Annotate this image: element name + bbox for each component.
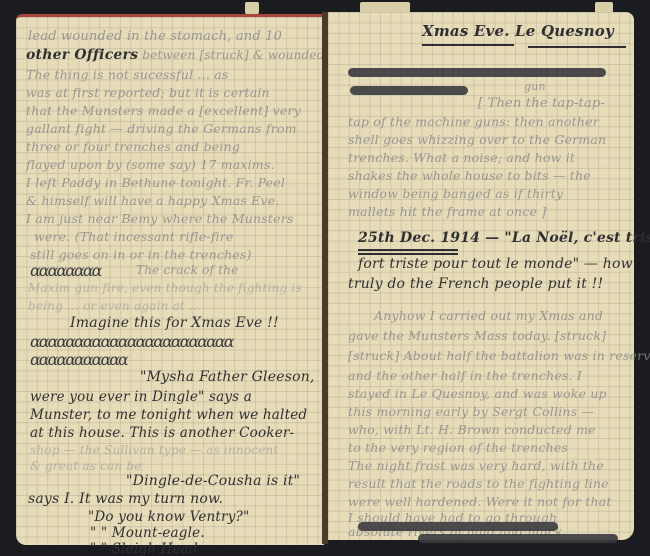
text-line: "Dingle-de-Cousha is it" (126, 473, 300, 489)
text-line: The night frost was very hard, with the (348, 458, 604, 473)
right-page: Xmas Eve. Le Quesnoy gun [ Then the tap-… (328, 12, 634, 540)
text-line: gallant fight — driving the Germans from (26, 121, 297, 136)
left-page: lead wounded in the stomach, and 10 othe… (16, 14, 324, 545)
ribbon-tab (245, 2, 259, 14)
text-line: gave the Munsters Mass today. [struck] (348, 328, 606, 343)
text-line: at this house. This is another Cooker- (30, 425, 294, 441)
struck-out-line (348, 68, 606, 77)
text-line: this morning early by Sergt Collins — (348, 404, 594, 419)
text-line: were you ever in Dingle" says a (30, 389, 252, 405)
scribbled-out-line: ɑɑɑɑɑɑɑɑɑɑɑɑɑɑɑɑɑɑɑɑɑɑɑ (30, 332, 233, 351)
text-line: "Mysha Father Gleeson, (140, 369, 315, 385)
text-line: & great as can be (30, 459, 142, 473)
text-line: Maxim gun fire, even though the fighting… (28, 281, 302, 295)
text-line: [struck] About half the battalion was in… (348, 348, 650, 363)
text-line: other Officers between [struck] & wounde… (26, 47, 329, 63)
heading-underline (422, 44, 514, 46)
struck-out-line (350, 86, 468, 95)
text-line: says I. It was my turn now. (28, 491, 223, 507)
text-line: fort triste pour tout le monde" — how (358, 256, 633, 272)
text-line: Munster, to me tonight when we halted (30, 407, 307, 423)
text-line: Anyhow I carried out my Xmas and (374, 308, 603, 323)
text-line: and the other half in the trenches. I (348, 368, 582, 383)
scribbled-out-line: ɑɑɑɑɑɑɑɑɑɑɑ (30, 350, 127, 369)
text-line: being ... or even again at ... (28, 299, 201, 313)
text-line: " " Sleigh Head (90, 541, 198, 556)
text-line: to the very region of the trenches (348, 440, 568, 455)
struck-out-line (358, 522, 558, 531)
text-line: result that the roads to the fighting li… (348, 476, 609, 491)
text-line: gun (524, 80, 546, 93)
text-line: were well hardened. Were it not for that (348, 494, 612, 509)
text-line: [ Then the tap-tap- (478, 96, 605, 111)
text-line: shell goes whizzing over to the German (348, 132, 606, 147)
text-line: three or four trenches and being (26, 139, 240, 154)
scribbled-out-word: ɑɑɑɑɑɑɑɑ (30, 261, 100, 280)
struck-out-line (418, 534, 618, 543)
date-underline (358, 253, 458, 255)
text-line: flayed upon by (some say) 17 maxims. (26, 157, 275, 172)
text-line: Imagine this for Xmas Eve !! (70, 315, 279, 331)
text-line: shop — the Sullivan type — as innocent (30, 443, 278, 457)
heading-underline (528, 46, 626, 48)
date-underline (358, 249, 458, 251)
text-line: tap of the machine guns: then another (348, 114, 599, 129)
text-line: still goes on in or in the trenches) (30, 247, 252, 262)
text-line: shakes the whole house to bits — the (348, 168, 591, 183)
text-line: truly do the French people put it !! (348, 276, 603, 292)
text-line: was at first reported; but it is certain (26, 85, 270, 100)
text-line: who, with Lt. H. Brown conducted me (348, 422, 596, 437)
text-line: were. (That incessant rifle-fire (34, 229, 234, 244)
text-line: I left Paddy in Bethune tonight. Fr. Pee… (26, 175, 285, 190)
date-entry: 25th Dec. 1914 — "La Noël, c'est triste … (358, 230, 650, 246)
text-line: " " Mount-eagle. (90, 525, 205, 541)
text-line: mallets hit the frame at once ] (348, 204, 546, 219)
text-line: window being banged as if thirty (348, 186, 563, 201)
text-line: that the Munsters made a [excellent] ver… (26, 103, 301, 118)
text-line: "Do you know Ventry?" (88, 509, 249, 525)
text-line: trenches. What a noise; and how it (348, 150, 575, 165)
text-line: I am just near Bemy where the Munsters (26, 211, 294, 226)
text-line: lead wounded in the stomach, and 10 (28, 29, 282, 44)
text-line: stayed in Le Quesnoy, and was woke up (348, 386, 607, 401)
page-heading: Xmas Eve. Le Quesnoy (422, 22, 614, 40)
text-line: The thing is not sucessful ... as (26, 67, 229, 82)
text-line: The crack of the (136, 263, 238, 277)
text-line: & himself will have a happy Xmas Eve. (26, 193, 280, 208)
